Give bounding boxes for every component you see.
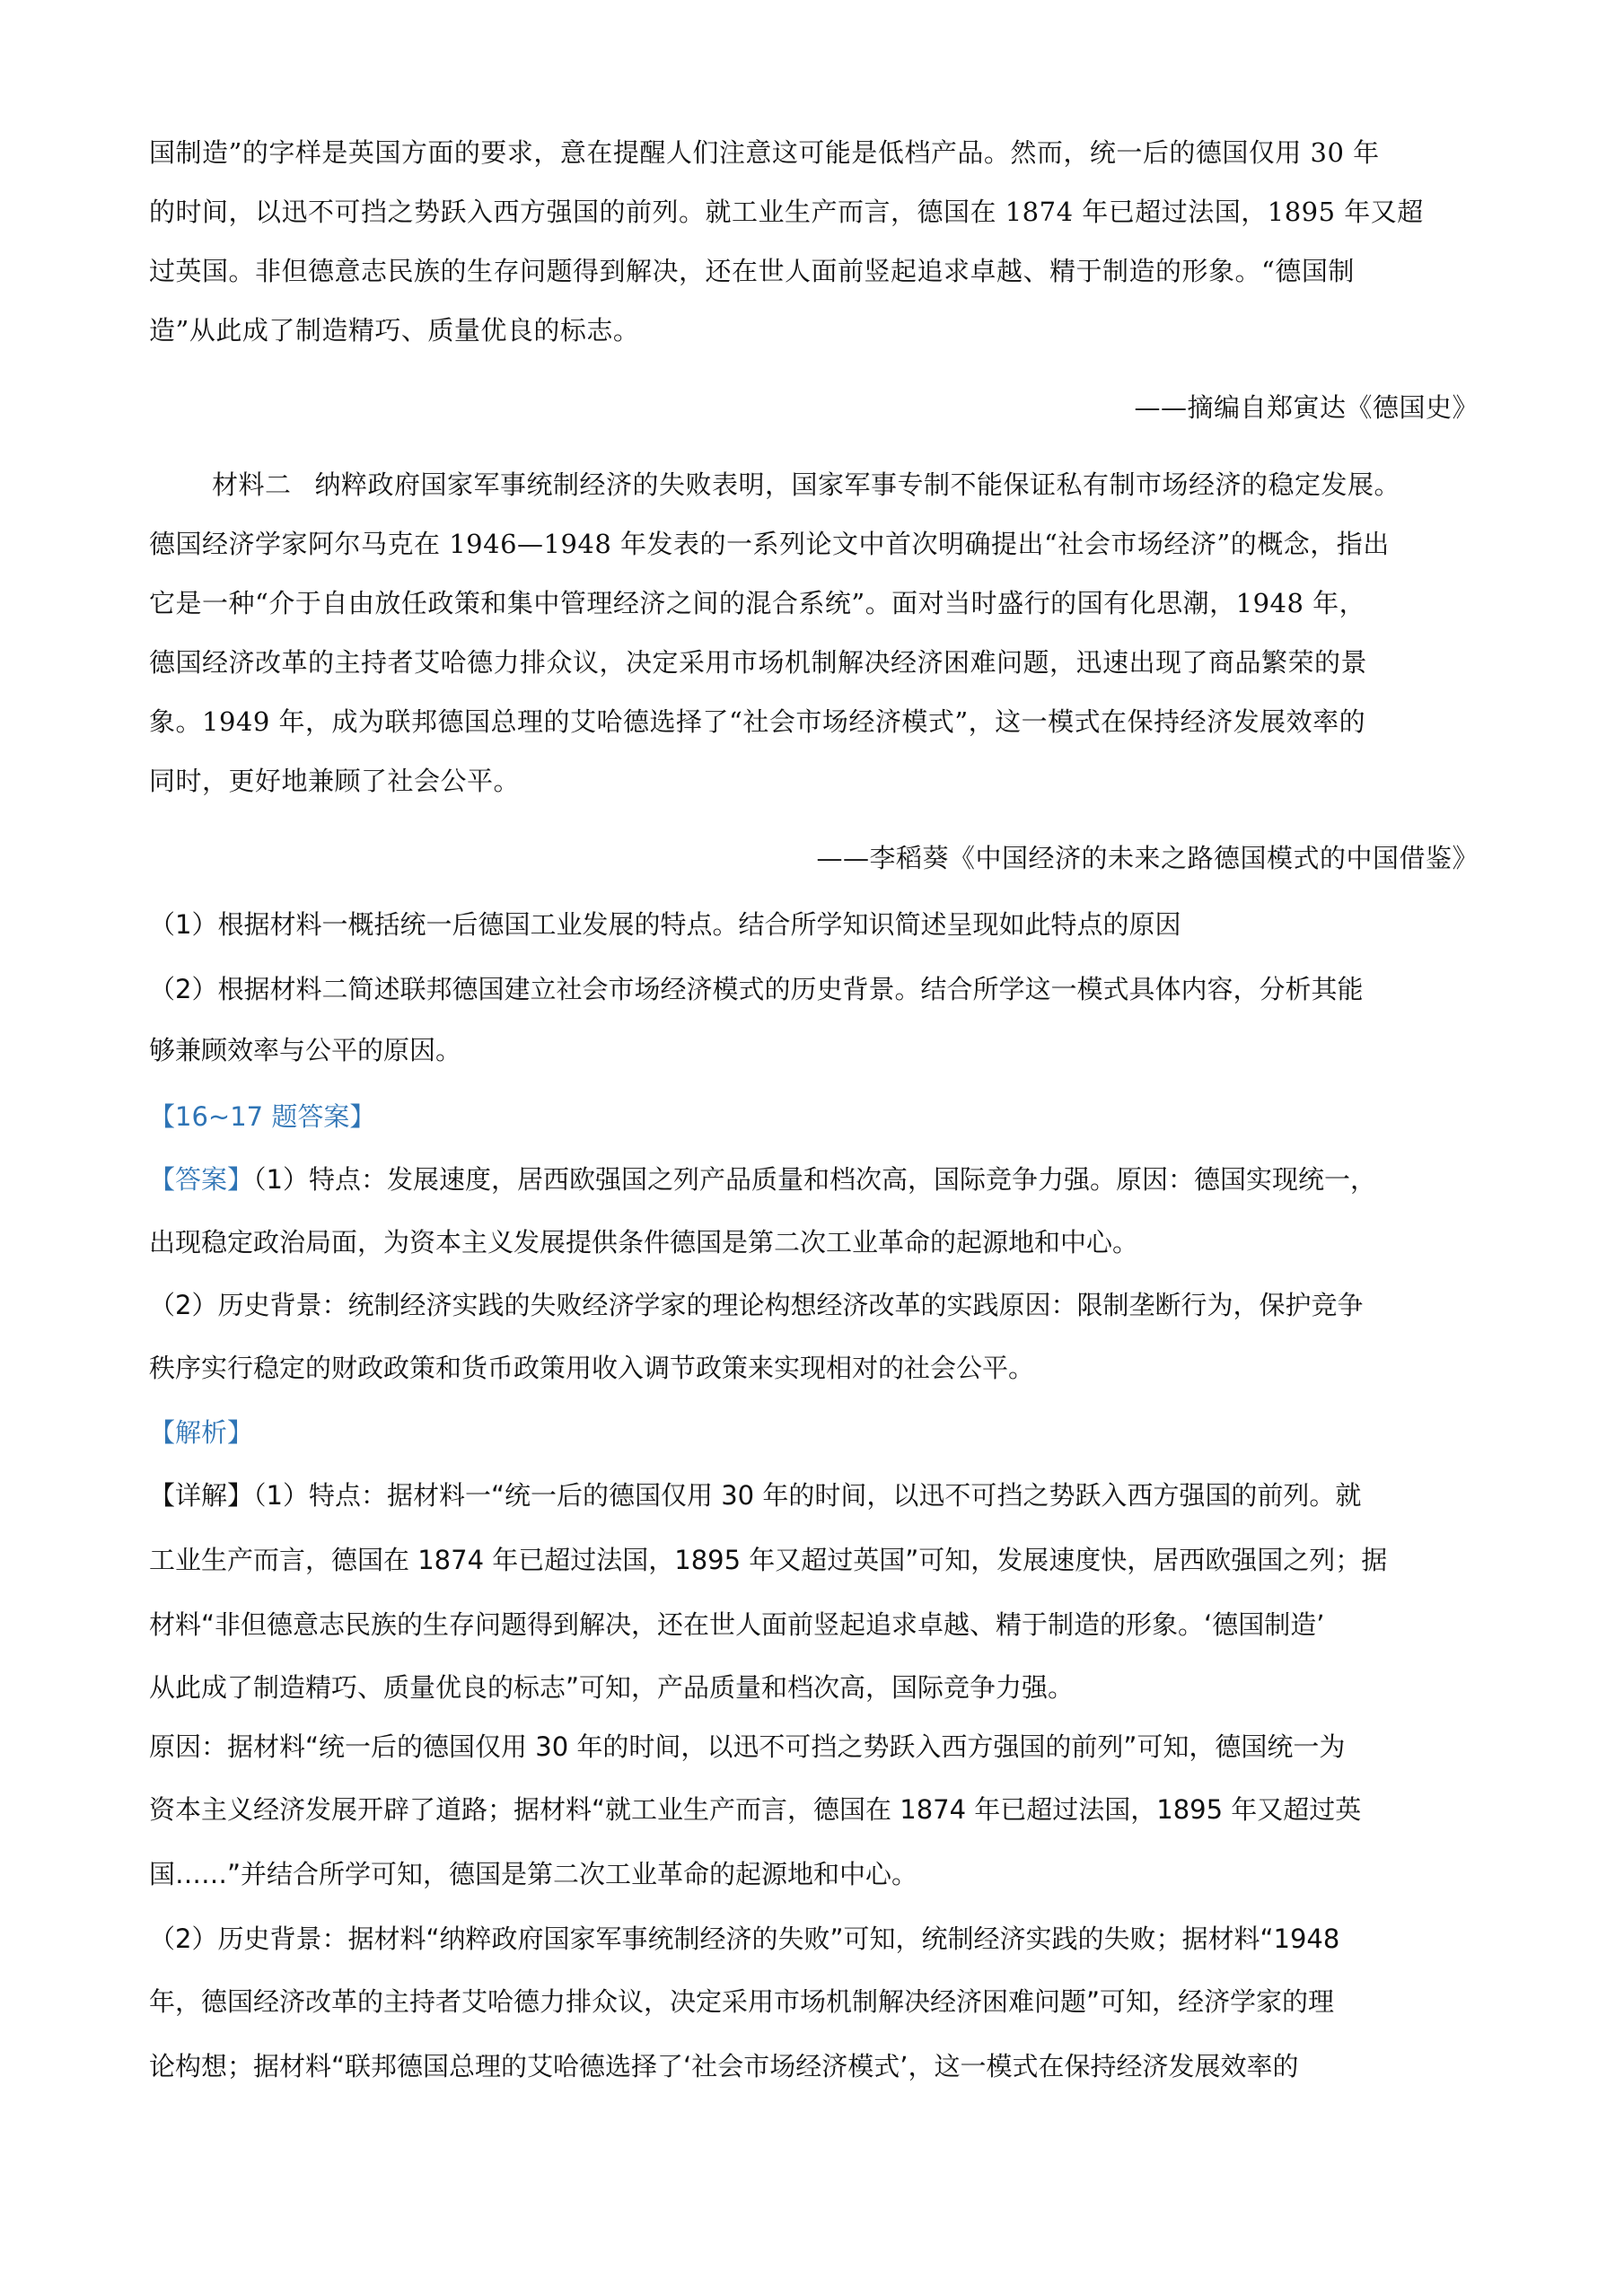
detail-line: 材料“非但德意志民族的生存问题得到解决，还在世人面前竖起追求卓越、精于制造的形象…	[149, 1607, 1478, 1643]
material2-line-text: 纳粹政府国家军事统制经济的失败表明，国家军事专制不能保证私有制市场经济的稳定发展…	[315, 469, 1401, 500]
question-2: （2）根据材料二简述联邦德国建立社会市场经济模式的历史背景。结合所学这一模式具体…	[149, 971, 1478, 1007]
document-page: 国制造”的字样是英国方面的要求，意在提醒人们注意这可能是低档产品。然而，统一后的…	[0, 0, 1624, 2296]
detail-line: 原因：据材料“统一后的德国仅用 30 年的时间，以迅不可挡之势跃入西方强国的前列…	[149, 1729, 1478, 1765]
detail-line-text: （1）特点：据材料一“统一后的德国仅用 30 年的时间，以迅不可挡之势跃入西方强…	[253, 1480, 1361, 1511]
question-2-cont: 够兼顾效率与公平的原因。	[149, 1032, 1478, 1068]
answer-line: （2）历史背景：统制经济实践的失败经济学家的理论构想经济改革的实践原因：限制垄断…	[149, 1287, 1478, 1323]
answer-line: 出现稳定政治局面，为资本主义发展提供条件德国是第二次工业革命的起源地和中心。	[149, 1224, 1478, 1260]
detail-label: 【详解】	[149, 1480, 253, 1511]
answer-line-text: （1）特点：发展速度，居西欧强国之列产品质量和档次高，国际竞争力强。原因：德国实…	[253, 1164, 1376, 1195]
material2-line: 材料二纳粹政府国家军事统制经济的失败表明，国家军事专制不能保证私有制市场经济的稳…	[149, 467, 1541, 503]
detail-line: 资本主义经济发展开辟了道路；据材料“就工业生产而言，德国在 1874 年已超过法…	[149, 1792, 1478, 1827]
question-1: （1）根据材料一概括统一后德国工业发展的特点。结合所学知识简述呈现如此特点的原因	[149, 907, 1478, 942]
material2-line: 它是一种“介于自由放任政策和集中管理经济之间的混合系统”。面对当时盛行的国有化思…	[149, 585, 1478, 621]
detail-line: 论构想；据材料“联邦德国总理的艾哈德选择了‘社会市场经济模式’，这一模式在保持经…	[149, 2048, 1478, 2084]
answer-section-header: 【16~17 题答案】	[149, 1099, 1478, 1135]
material2-citation: ——李稻葵《中国经济的未来之路德国模式的中国借鉴》	[816, 840, 1479, 876]
detail-line: （2）历史背景：据材料“纳粹政府国家军事统制经济的失败”可知，统制经济实践的失败…	[149, 1921, 1478, 1957]
detail-line: 年，德国经济改革的主持者艾哈德力排众议，决定采用市场机制解决经济困难问题”可知，…	[149, 1984, 1478, 2020]
analysis-section-header: 【解析】	[149, 1415, 1478, 1450]
material2-line: 象。1949 年，成为联邦德国总理的艾哈德选择了“社会市场经济模式”，这一模式在…	[149, 704, 1478, 740]
material1-line: 过英国。非但德意志民族的生存问题得到解决，还在世人面前竖起追求卓越、精于制造的形…	[149, 253, 1478, 289]
material1-line: 国制造”的字样是英国方面的要求，意在提醒人们注意这可能是低档产品。然而，统一后的…	[149, 135, 1478, 171]
material1-line: 造”从此成了制造精巧、质量优良的标志。	[149, 312, 1478, 348]
answer-line: 【答案】（1）特点：发展速度，居西欧强国之列产品质量和档次高，国际竞争力强。原因…	[149, 1161, 1478, 1197]
detail-line: 【详解】（1）特点：据材料一“统一后的德国仅用 30 年的时间，以迅不可挡之势跃…	[149, 1477, 1478, 1513]
material1-citation: ——摘编自郑寅达《德国史》	[1134, 390, 1479, 425]
detail-line: 国……”并结合所学可知，德国是第二次工业革命的起源地和中心。	[149, 1856, 1478, 1892]
answer-line: 秩序实行稳定的财政政策和货币政策用收入调节政策来实现相对的社会公平。	[149, 1350, 1478, 1386]
material2-line: 同时，更好地兼顾了社会公平。	[149, 763, 1478, 799]
material2-line: 德国经济学家阿尔马克在 1946—1948 年发表的一系列论文中首次明确提出“社…	[149, 526, 1478, 562]
material1-line: 的时间，以迅不可挡之势跃入西方强国的前列。就工业生产而言，德国在 1874 年已…	[149, 194, 1478, 230]
answer-label: 【答案】	[149, 1164, 253, 1195]
detail-line: 从此成了制造精巧、质量优良的标志”可知，产品质量和档次高，国际竞争力强。	[149, 1669, 1478, 1705]
material2-line: 德国经济改革的主持者艾哈德力排众议，决定采用市场机制解决经济困难问题，迅速出现了…	[149, 644, 1478, 680]
detail-line: 工业生产而言，德国在 1874 年已超过法国，1895 年又超过英国”可知，发展…	[149, 1542, 1478, 1578]
material2-label: 材料二	[212, 469, 292, 500]
